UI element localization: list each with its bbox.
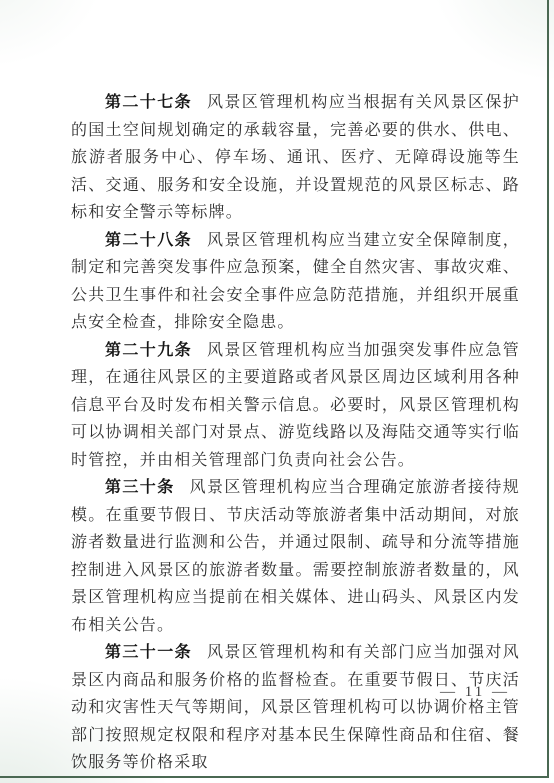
article-text: 风景区管理机构和有关部门应当加强对风景区内商品和服务价格的监督检查。在重要节假日… (71, 644, 520, 771)
article-number: 第二十八条 (105, 232, 207, 249)
article-paragraph-27: 第二十七条风景区管理机构应当根据有关风景区保护的国土空间规划确定的承载容量，完善… (71, 89, 520, 227)
article-paragraph-31: 第三十一条风景区管理机构和有关部门应当加强对风景区内商品和服务价格的监督检查。在… (71, 639, 520, 777)
article-paragraph-28: 第二十八条风景区管理机构应当建立安全保障制度，制定和完善突发事件应急预案，健全自… (71, 227, 520, 337)
article-text: 风景区管理机构应当合理确定旅游者接待规模。在重要节假日、节庆活动等旅游者集中活动… (71, 479, 520, 634)
article-number: 第二十九条 (105, 342, 207, 359)
article-number: 第三十一条 (105, 644, 207, 661)
article-text: 风景区管理机构应当加强突发事件应急管理，在通往风景区的主要道路或者风景区周边区域… (71, 342, 520, 469)
page-edge-line-right (547, 0, 549, 778)
page-number: — 11 — (440, 684, 510, 701)
article-number: 第三十条 (105, 479, 190, 496)
page-edge-line-bottom (0, 776, 549, 778)
article-text: 风景区管理机构应当根据有关风景区保护的国土空间规划确定的承载容量，完善必要的供水… (71, 94, 520, 221)
article-paragraph-29: 第二十九条风景区管理机构应当加强突发事件应急管理，在通往风景区的主要道路或者风景… (71, 337, 520, 475)
document-body: 第二十七条风景区管理机构应当根据有关风景区保护的国土空间规划确定的承载容量，完善… (71, 89, 520, 777)
article-paragraph-30: 第三十条风景区管理机构应当合理确定旅游者接待规模。在重要节假日、节庆活动等旅游者… (71, 474, 520, 639)
article-number: 第二十七条 (105, 94, 207, 111)
document-page: 第二十七条风景区管理机构应当根据有关风景区保护的国土空间规划确定的承载容量，完善… (0, 0, 554, 783)
